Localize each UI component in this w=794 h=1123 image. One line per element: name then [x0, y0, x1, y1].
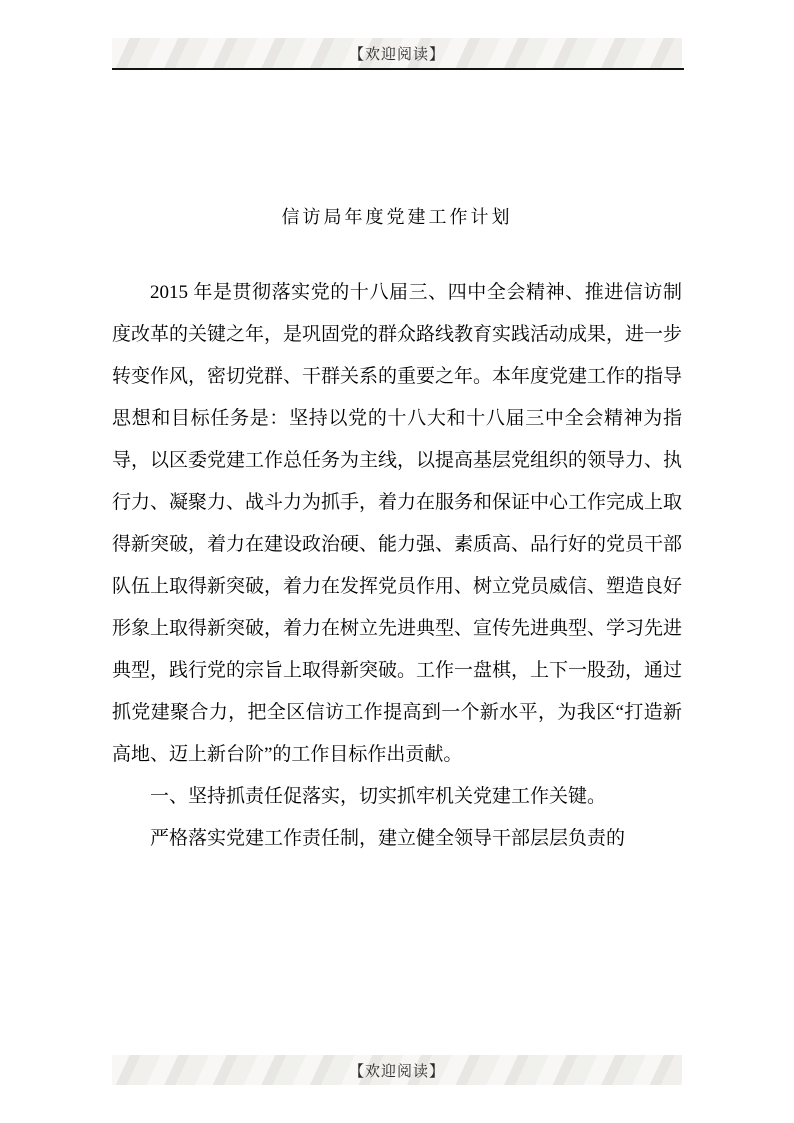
document-title: 信访局年度党建工作计划: [0, 203, 794, 229]
header-banner-text: 【欢迎阅读】: [349, 43, 445, 64]
header-rule: [112, 68, 684, 70]
footer-banner: 【欢迎阅读】: [112, 1055, 682, 1085]
body-paragraph: 2015 年是贯彻落实党的十八届三、四中全会精神、推进信访制度改革的关键之年，是…: [112, 272, 682, 776]
header-banner: 【欢迎阅读】: [112, 38, 682, 68]
body-paragraph: 严格落实党建工作责任制，建立健全领导干部层层负责的: [112, 818, 682, 860]
section-heading-paragraph: 一、坚持抓责任促落实，切实抓牢机关党建工作关键。: [112, 776, 682, 818]
document-body: 2015 年是贯彻落实党的十八届三、四中全会精神、推进信访制度改革的关键之年，是…: [112, 272, 682, 860]
footer-banner-text: 【欢迎阅读】: [349, 1060, 445, 1081]
document-page: 【欢迎阅读】 信访局年度党建工作计划 2015 年是贯彻落实党的十八届三、四中全…: [0, 0, 794, 1123]
